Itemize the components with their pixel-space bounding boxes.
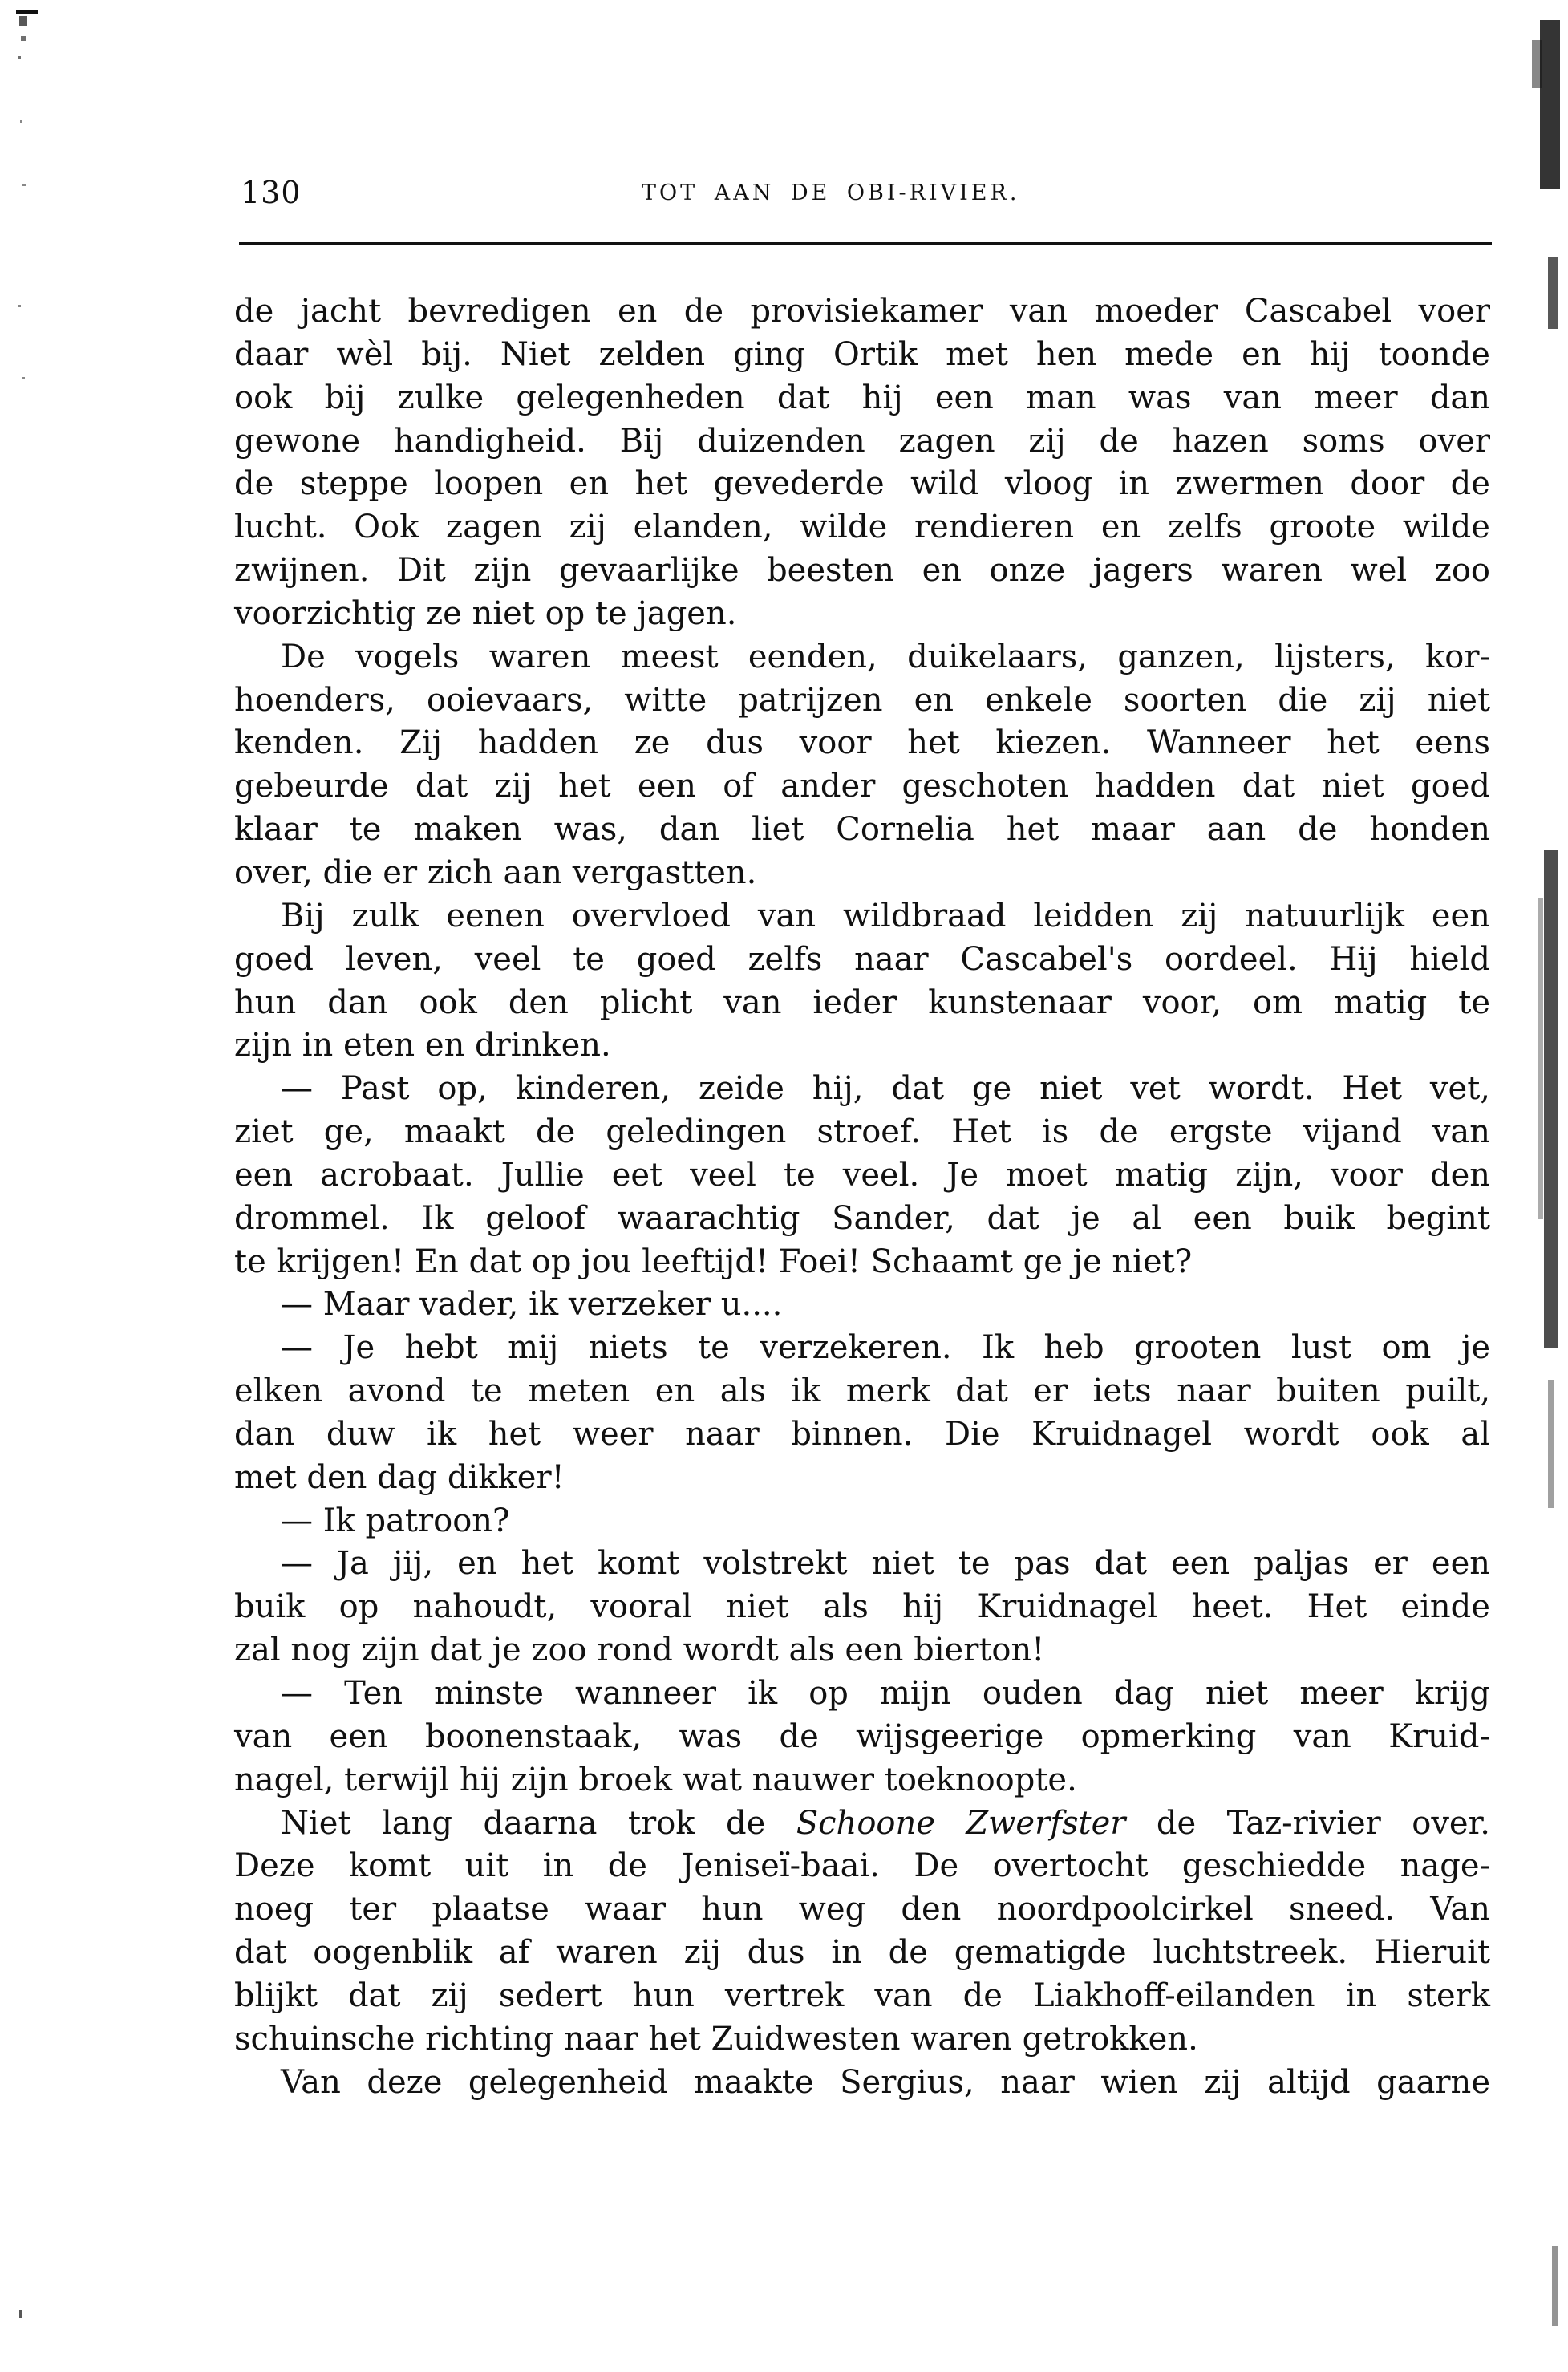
text-line: Van deze gelegenheid maakte Sergius, naa…	[234, 2062, 1490, 2105]
scan-noise-right-edge	[1516, 16, 1564, 2342]
text-line: voorzichtig ze niet op te jagen.	[234, 593, 1490, 636]
text-line: hun dan ook den plicht van ieder kunsten…	[234, 982, 1490, 1025]
text-line: gebeurde dat zij het een of ander gescho…	[234, 765, 1490, 809]
text-segment: Niet lang daarna trok de	[281, 1805, 796, 1842]
italic-ship-name: Schoone Zwerfster	[796, 1805, 1126, 1842]
text-line: van een boonenstaak, was de wijsgeerige …	[234, 1716, 1490, 1759]
text-line: blijkt dat zij sedert hun vertrek van de…	[234, 1975, 1490, 2018]
text-line: zijn in eten en drinken.	[234, 1024, 1490, 1068]
text-segment: de Taz-rivier over.	[1125, 1805, 1490, 1842]
text-line: — Maar vader, ik verzeker u....	[234, 1283, 1490, 1327]
text-line: nagel, terwijl hij zijn broek wat nauwer…	[234, 1759, 1490, 1802]
text-line: hoenders, ooievaars, witte patrijzen en …	[234, 679, 1490, 723]
text-line: — Je hebt mij niets te verzekeren. Ik he…	[234, 1327, 1490, 1370]
text-line: Bij zulk eenen overvloed van wildbraad l…	[234, 895, 1490, 939]
header-rule-divider	[239, 242, 1492, 245]
running-head: 130 TOT AAN DE OBI-RIVIER.	[239, 170, 1492, 218]
text-line: daar wèl bij. Niet zelden ging Ortik met…	[234, 334, 1490, 377]
text-line: een acrobaat. Jullie eet veel te veel. J…	[234, 1154, 1490, 1198]
text-line: goed leven, veel te goed zelfs naar Casc…	[234, 939, 1490, 982]
text-line: — Ik patroon?	[234, 1500, 1490, 1543]
text-line: buik op nahoudt, vooral niet als hij Kru…	[234, 1586, 1490, 1629]
text-line: klaar te maken was, dan liet Cornelia he…	[234, 809, 1490, 852]
text-line: kenden. Zij hadden ze dus voor het kieze…	[234, 722, 1490, 765]
text-line: elken avond te meten en als ik merk dat …	[234, 1370, 1490, 1413]
text-line: met den dag dikker!	[234, 1457, 1490, 1500]
text-line: zwijnen. Dit zijn gevaarlijke beesten en…	[234, 549, 1490, 593]
body-text: de jacht bevredigen en de provisiekamer …	[234, 290, 1490, 2104]
text-line: De vogels waren meest eenden, duikelaars…	[234, 636, 1490, 679]
text-line: schuinsche richting naar het Zuidwesten …	[234, 2018, 1490, 2062]
page-number: 130	[241, 170, 302, 215]
text-line: Deze komt uit in de Jeniseï-baai. De ove…	[234, 1845, 1490, 1888]
text-line: lucht. Ook zagen zij elanden, wilde rend…	[234, 506, 1490, 549]
text-line: dan duw ik het weer naar binnen. Die Kru…	[234, 1413, 1490, 1457]
text-line: over, die er zich aan vergastten.	[234, 852, 1490, 895]
text-line: — Past op, kinderen, zeide hij, dat ge n…	[234, 1068, 1490, 1111]
text-line: te krijgen! En dat op jou leeftijd! Foei…	[234, 1241, 1490, 1284]
text-line: noeg ter plaatse waar hun weg den noordp…	[234, 1888, 1490, 1932]
running-title: TOT AAN DE OBI-RIVIER.	[642, 173, 1019, 213]
text-line: gewone handigheid. Bij duizenden zagen z…	[234, 420, 1490, 464]
text-line: ook bij zulke gelegenheden dat hij een m…	[234, 377, 1490, 420]
text-line: de jacht bevredigen en de provisiekamer …	[234, 290, 1490, 334]
text-line: — Ja jij, en het komt volstrekt niet te …	[234, 1543, 1490, 1586]
text-line: Niet lang daarna trok de Schoone Zwerfst…	[234, 1802, 1490, 1846]
text-line: dat oogenblik af waren zij dus in de gem…	[234, 1932, 1490, 1975]
text-line: zal nog zijn dat je zoo rond wordt als e…	[234, 1629, 1490, 1673]
book-page: 130 TOT AAN DE OBI-RIVIER. de jacht bevr…	[0, 0, 1568, 2372]
text-line: de steppe loopen en het gevederde wild v…	[234, 463, 1490, 506]
scan-noise-left-edge	[0, 0, 64, 2372]
text-line: drommel. Ik geloof waarachtig Sander, da…	[234, 1198, 1490, 1241]
text-line: ziet ge, maakt de geledingen stroef. Het…	[234, 1111, 1490, 1154]
text-line: — Ten minste wanneer ik op mijn ouden da…	[234, 1673, 1490, 1716]
